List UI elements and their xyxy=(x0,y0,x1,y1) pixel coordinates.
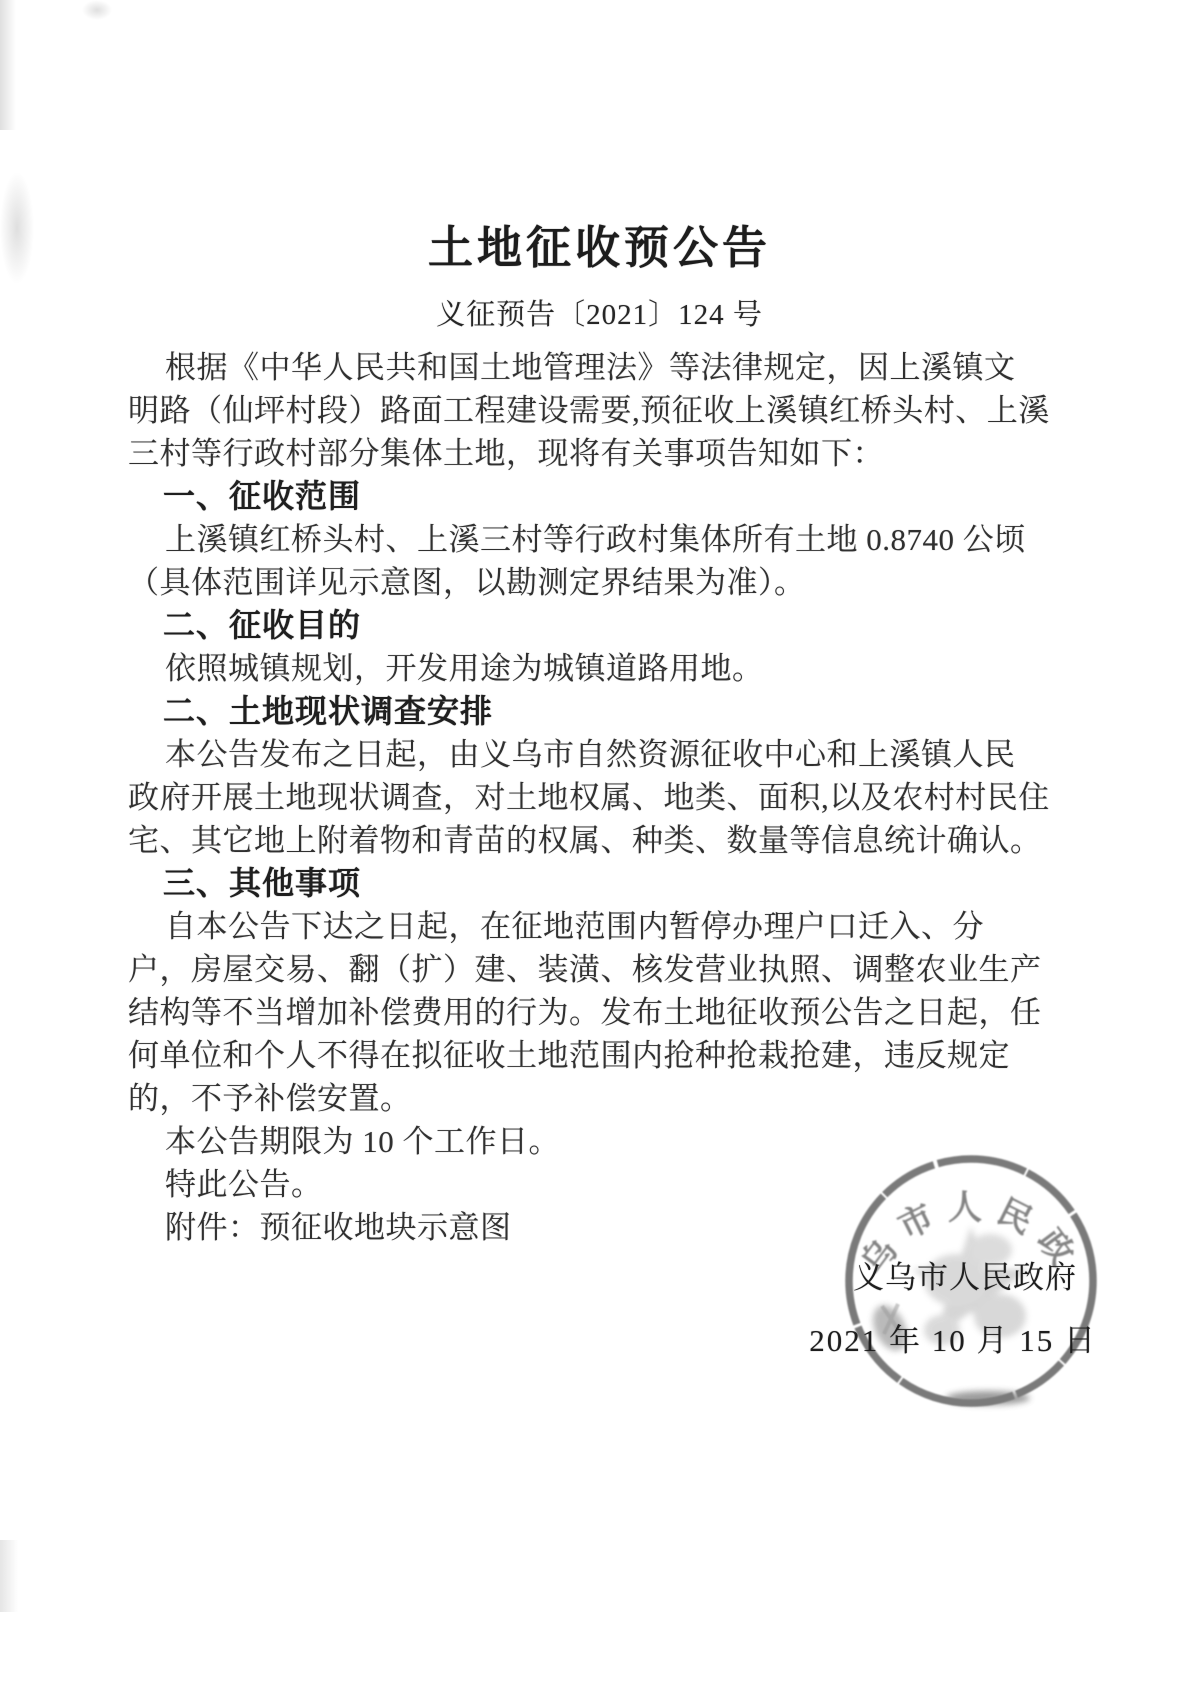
section-heading: 二、征收目的 xyxy=(128,604,1078,647)
body-line: 何单位和个人不得在拟征收土地范围内抢种抢栽抢建，违反规定 xyxy=(128,1034,1078,1077)
body-line: 明路（仙坪村段）路面工程建设需要,预征收上溪镇红桥头村、上溪 xyxy=(128,389,1078,432)
body-line: 三村等行政村部分集体土地，现将有关事项告知如下： xyxy=(128,432,1078,475)
body-line: 的，不予补偿安置。 xyxy=(128,1077,1078,1120)
body-line: 根据《中华人民共和国土地管理法》等法律规定，因上溪镇文 xyxy=(128,346,1078,389)
section-heading: 一、征收范围 xyxy=(128,475,1078,518)
document-title: 土地征收预公告 xyxy=(0,218,1199,278)
section-heading: 三、其他事项 xyxy=(128,862,1078,905)
section-heading: 二、土地现状调查安排 xyxy=(128,690,1078,733)
body-line: 依照城镇规划，开发用途为城镇道路用地。 xyxy=(128,647,1078,690)
scan-artifact xyxy=(0,1540,18,1612)
body-line: 户，房屋交易、翻（扩）建、装潢、核发营业执照、调整农业生产 xyxy=(128,948,1078,991)
body-line: 本公告发布之日起，由义乌市自然资源征收中心和上溪镇人民 xyxy=(128,733,1078,776)
body-line: 政府开展土地现状调查，对土地权属、地类、面积,以及农村村民住 xyxy=(128,776,1078,819)
signature-authority: 义乌市人民政府 xyxy=(853,1257,1077,1299)
signature-date: 2021 年 10 月 15 日 xyxy=(809,1320,1097,1362)
body-line: （具体范围详见示意图，以勘测定界结果为准）。 xyxy=(128,561,1078,604)
scan-artifact xyxy=(82,0,112,20)
document-body: 根据《中华人民共和国土地管理法》等法律规定，因上溪镇文 明路（仙坪村段）路面工程… xyxy=(128,346,1078,1249)
body-line: 自本公告下达之日起，在征地范围内暂停办理户口迁入、分 xyxy=(128,905,1078,948)
scan-artifact xyxy=(0,0,16,130)
body-line: 结构等不当增加补偿费用的行为。发布土地征收预公告之日起，任 xyxy=(128,991,1078,1034)
document-page: 土地征收预公告 义征预告〔2021〕124 号 根据《中华人民共和国土地管理法》… xyxy=(0,0,1199,1696)
document-number: 义征预告〔2021〕124 号 xyxy=(0,294,1199,336)
body-line: 上溪镇红桥头村、上溪三村等行政村集体所有土地 0.8740 公顷 xyxy=(128,518,1078,561)
body-line: 宅、其它地上附着物和青苗的权属、种类、数量等信息统计确认。 xyxy=(128,819,1078,862)
